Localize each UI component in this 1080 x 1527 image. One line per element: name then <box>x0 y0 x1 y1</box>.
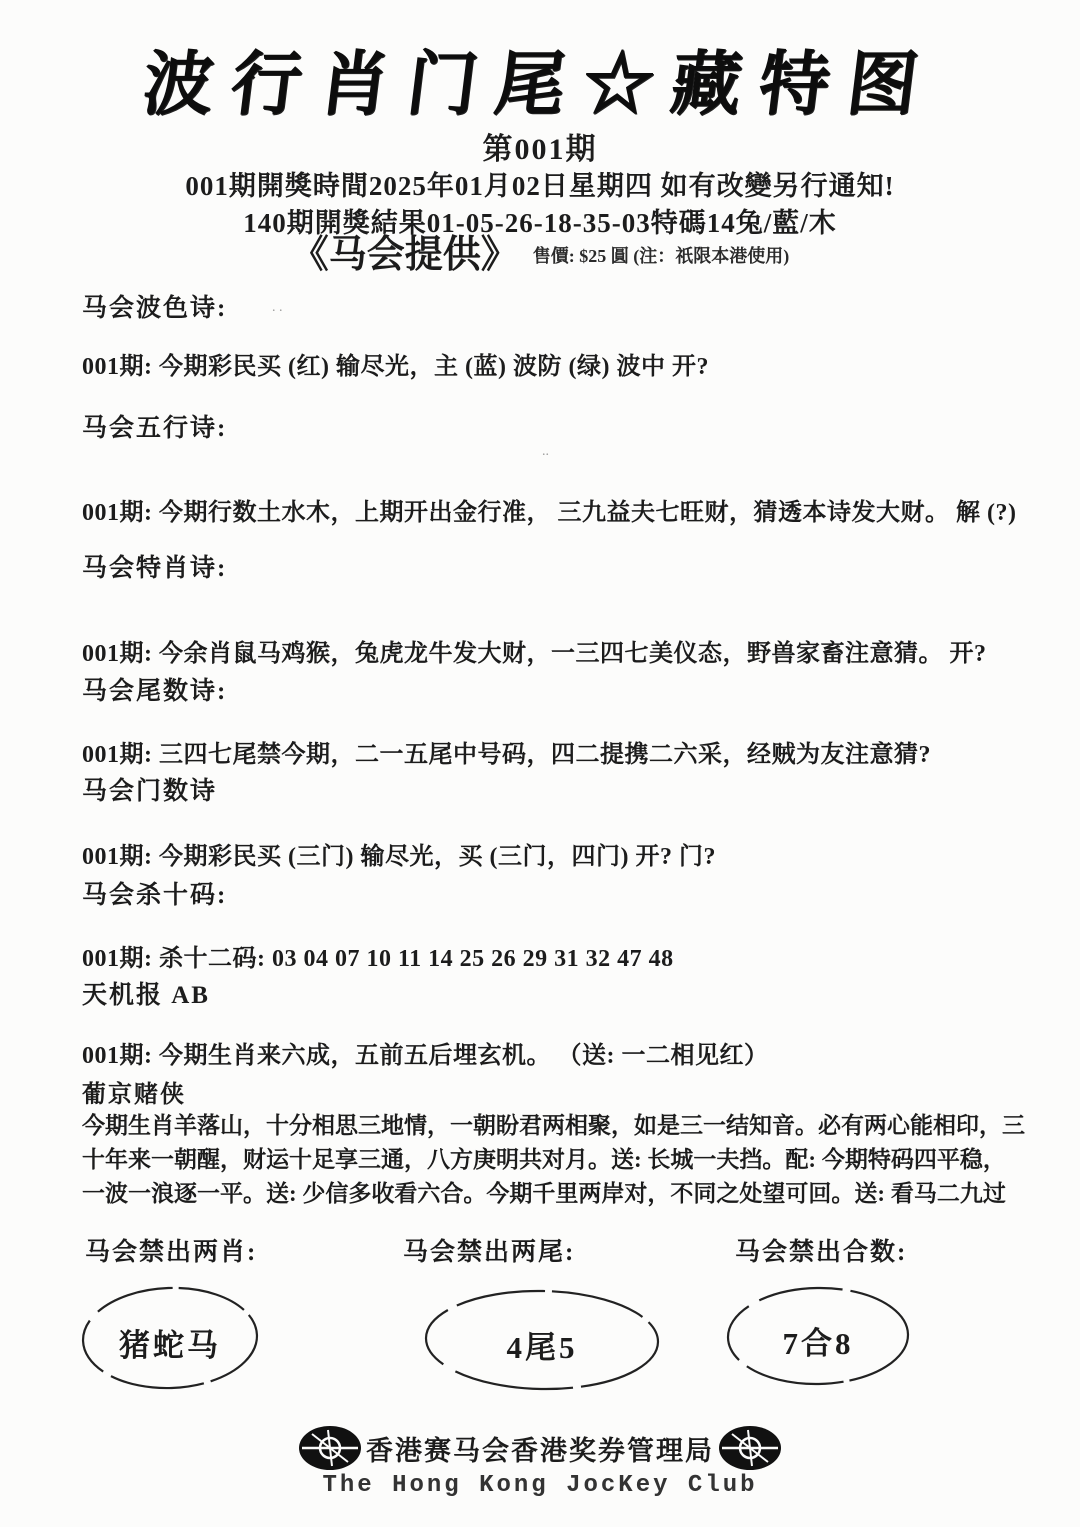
section-line-wuxing: 001期: 今期行数土水木，上期开出金行准， 三九益夫七旺财，猜透本诗发大财。 … <box>82 492 1016 527</box>
issue-number: 第001期 <box>0 124 1080 168</box>
provider-title: 《马会提供》 <box>291 236 519 274</box>
hkjc-emblem-icon <box>298 1424 362 1472</box>
ban-label-tail: 马会禁出两尾: <box>403 1232 575 1268</box>
section-line-menshu: 001期: 今期彩民买 (三门) 输尽光，买 (三门，四门) 开? 门? <box>82 836 716 871</box>
tianji-header: 天机报 AB <box>82 975 210 1011</box>
section-header-menshu: 马会门数诗 <box>82 771 217 807</box>
ban-label-zodiac: 马会禁出两肖: <box>85 1232 257 1268</box>
ban-value-sum: 7合8 <box>728 1318 908 1363</box>
ban-value-tail: 4尾5 <box>426 1322 658 1367</box>
ban-label-sum: 马会禁出合数: <box>735 1232 907 1268</box>
section-header-wuxing: 马会五行诗: <box>82 408 227 444</box>
footer-org-row: 香港赛马会香港奖券管理局 <box>0 1424 1080 1472</box>
scanned-lottery-sheet: 波行肖门尾☆藏特图 第001期 001期開獎時間2025年01月02日星期四 如… <box>0 0 1080 1527</box>
hkjc-emblem-icon <box>718 1424 782 1472</box>
provider-row: 《马会提供》 售價: $25 圓 (注：祇限本港使用) <box>0 236 1080 274</box>
section-line-texiao: 001期: 今余肖鼠马鸡猴，兔虎龙牛发大财，一三四七美仪态，野兽家畜注意猜。 开… <box>82 633 987 668</box>
scan-artifact: .. <box>542 444 549 460</box>
section-line-weishu: 001期: 三四七尾禁今期，二一五尾中号码，四二提携二六采，经贼为友注意猜? <box>82 734 931 769</box>
section-header-bose: 马会波色诗: <box>82 288 227 324</box>
draw-time-notice: 001期開獎時間2025年01月02日星期四 如有改變另行通知! <box>0 164 1080 203</box>
pujing-line: 一波一浪逐一平。送: 少信多收看六合。今期千里两岸对，不同之处望可回。送: 看马… <box>82 1175 1006 1208</box>
pujing-header: 葡京赌侠 <box>82 1074 186 1109</box>
pujing-line: 今期生肖羊落山，十分相思三地情，一朝盼君两相聚，如是三一结知音。必有两心能相印，… <box>82 1107 1025 1140</box>
section-header-shama: 马会杀十码: <box>82 875 227 911</box>
footer-org-en: The Hong Kong JocKey Club <box>0 1472 1080 1499</box>
tianji-line: 001期: 今期生肖来六成，五前五后埋玄机。 （送: 一二相见红） <box>82 1035 768 1070</box>
section-line-bose: 001期: 今期彩民买 (红) 输尽光，主 (蓝) 波防 (绿) 波中 开? <box>82 346 709 381</box>
last-draw-result: 140期開獎結果01-05-26-18-35-03特碼14兔/藍/木 <box>0 201 1080 240</box>
ban-value-zodiac: 猪蛇马 <box>70 1320 270 1365</box>
section-header-texiao: 马会特肖诗: <box>82 548 227 584</box>
footer-org-cn: 香港赛马会香港奖券管理局 <box>366 1429 714 1468</box>
pujing-line: 十年来一朝醒，财运十足享三通，八方庚明共对月。送: 长城一夫挡。配: 今期特码四… <box>82 1141 1006 1174</box>
scan-artifact: . . <box>272 300 283 316</box>
page-title: 波行肖门尾☆藏特图 <box>0 28 1080 129</box>
section-header-weishu: 马会尾数诗: <box>82 671 227 707</box>
price-note: 售價: $25 圓 (注：祇限本港使用) <box>533 242 789 274</box>
section-line-shama: 001期: 杀十二码: 03 04 07 10 11 14 25 26 29 3… <box>82 938 674 973</box>
